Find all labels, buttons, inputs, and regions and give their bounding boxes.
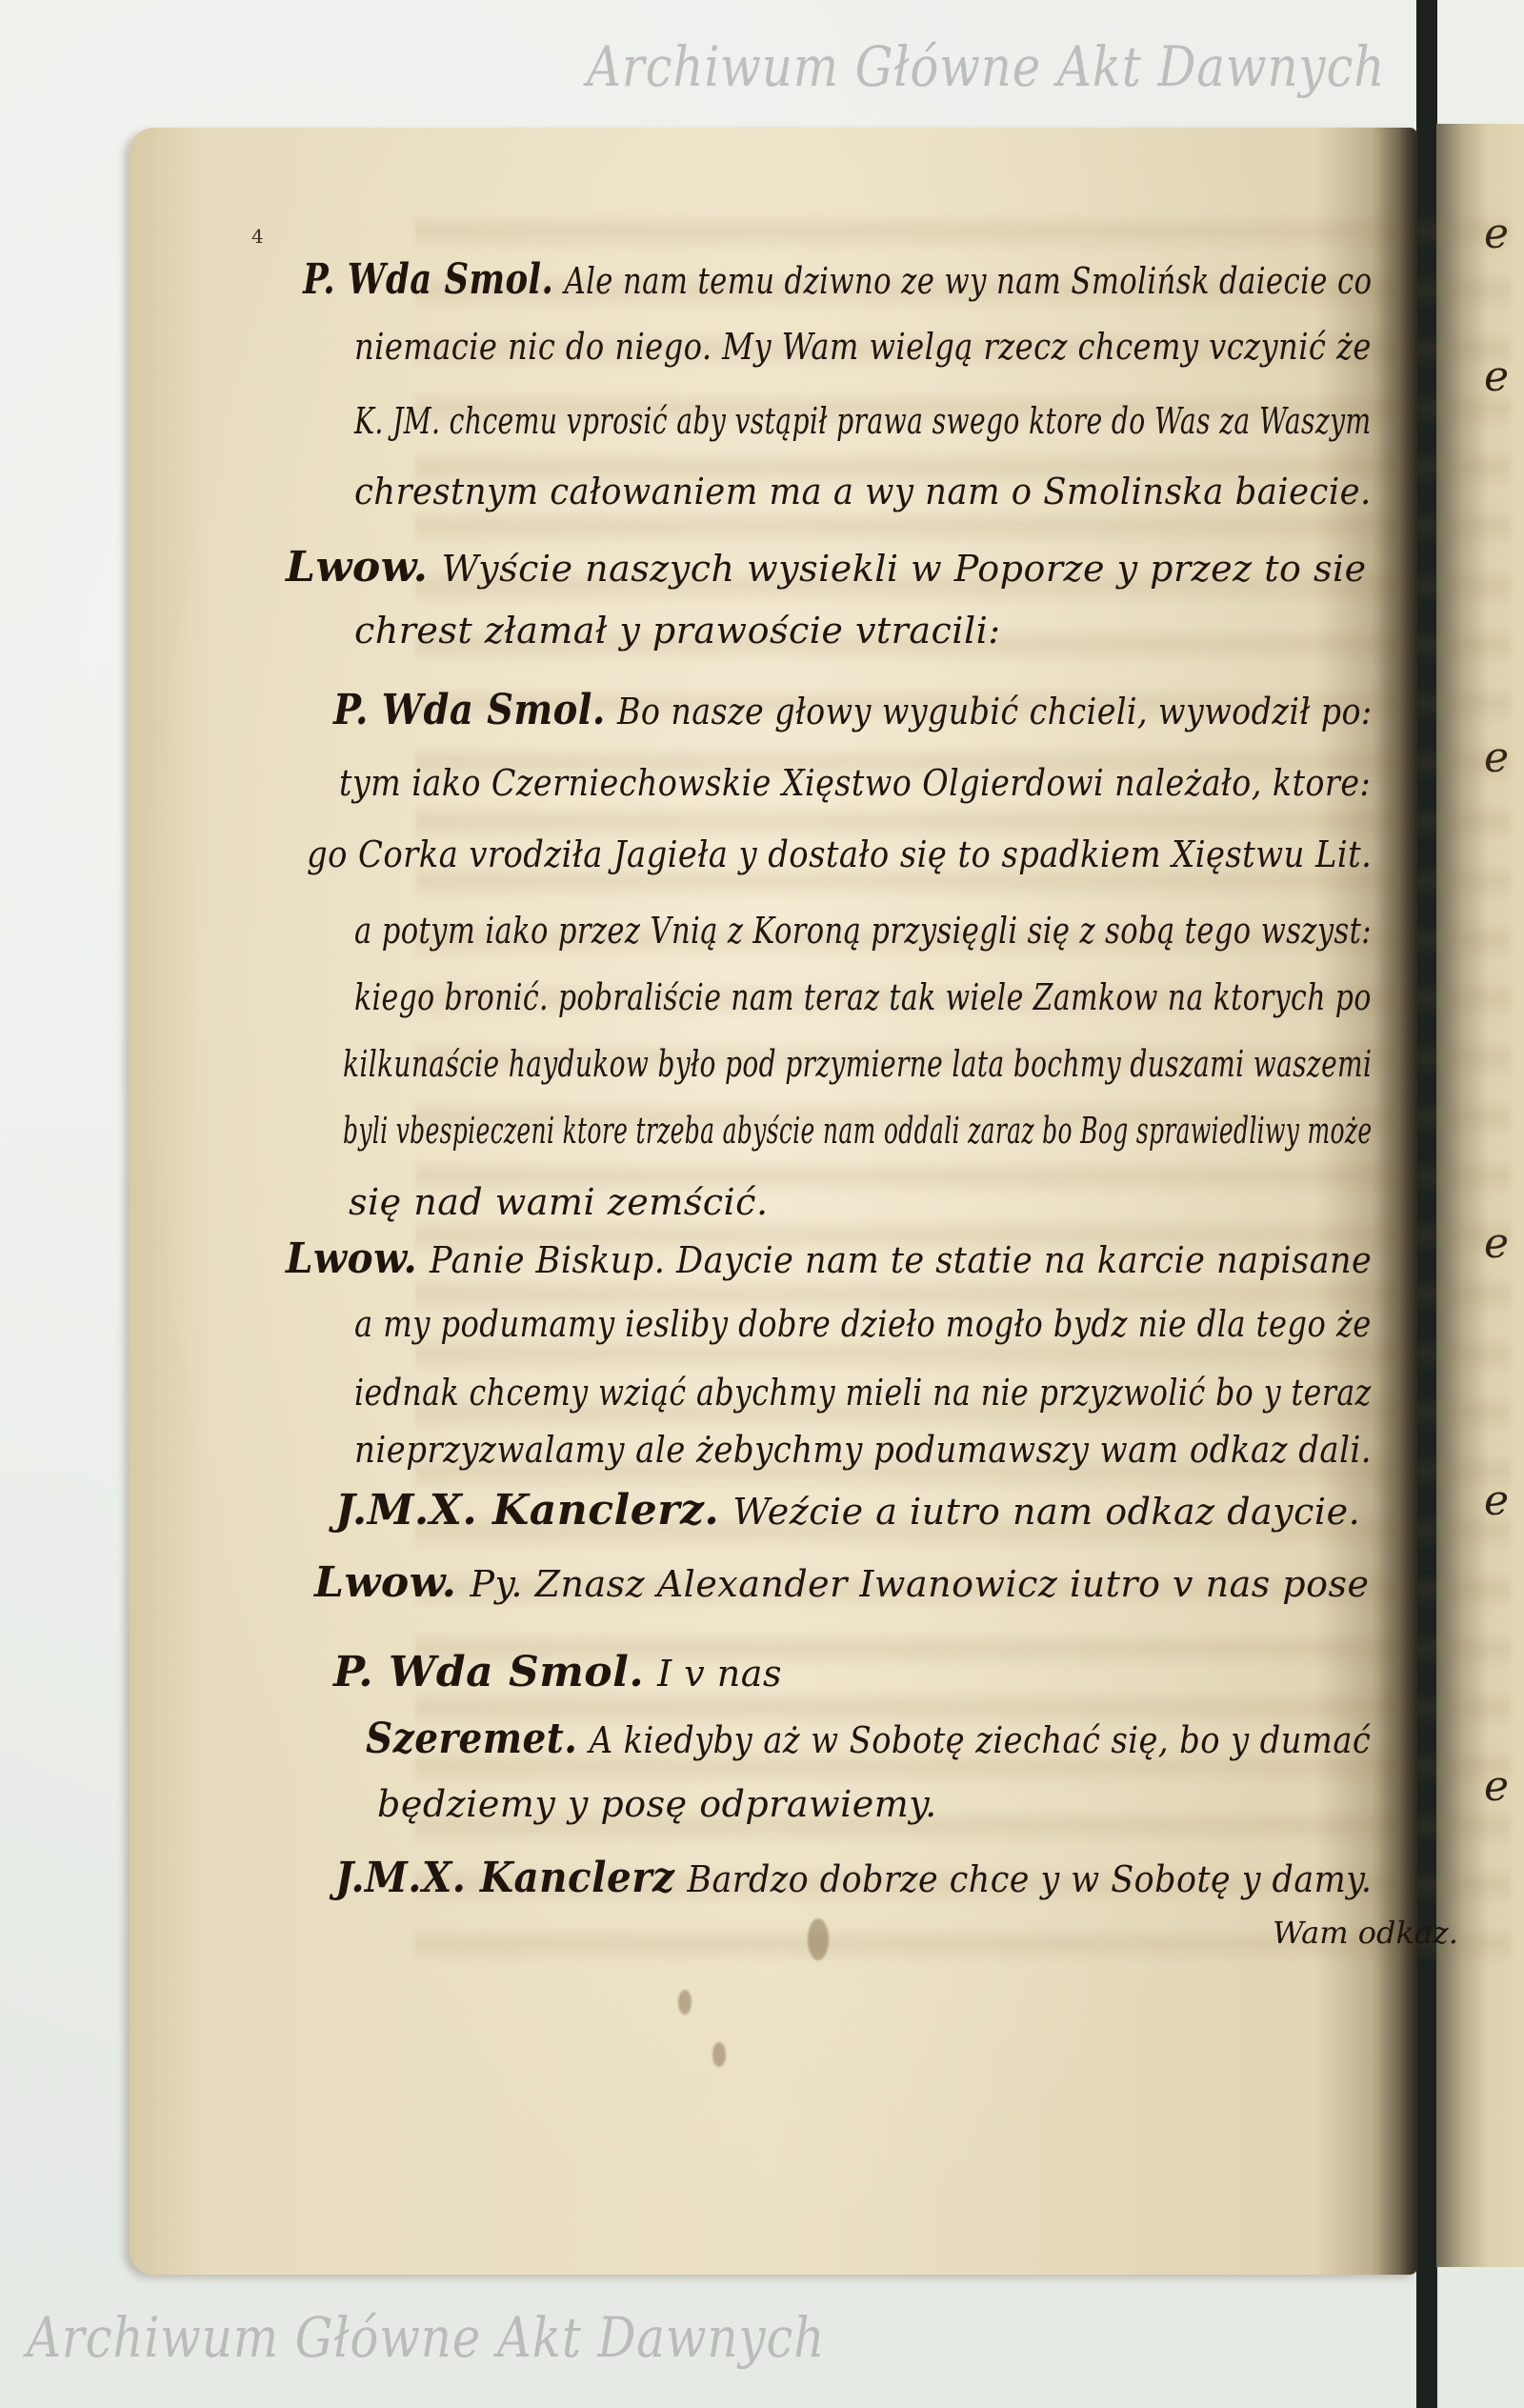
manuscript-line: tym iako Czerniechowskie Xięstwo Olgierd… xyxy=(339,762,1371,804)
line-text: K. JM. chcemu vprosić aby vstąpił prawa … xyxy=(354,400,1372,442)
speaker-label: Szeremet. xyxy=(366,1715,577,1763)
manuscript-line: J.M.X. KanclerzBardzo dobrze chce y w So… xyxy=(335,1854,1372,1902)
manuscript-line: byli vbespieczeni ktore trzeba abyście n… xyxy=(343,1110,1373,1152)
line-text: będziemy y posę odprawiemy. xyxy=(377,1783,937,1825)
speaker-label: P. Wda Smol. xyxy=(303,255,553,304)
manuscript-line: niemacie nic do niego. My Wam wielgą rze… xyxy=(354,326,1372,368)
line-text: byli vbespieczeni ktore trzeba abyście n… xyxy=(343,1110,1373,1152)
line-text: Bardzo dobrze chce y w Sobotę y damy. xyxy=(687,1858,1372,1900)
speaker-label: Lwow. xyxy=(286,1234,417,1283)
manuscript-line: P. Wda Smol.I v nas xyxy=(333,1648,782,1696)
line-text: a my podumamy iesliby dobre dzieło mogło… xyxy=(354,1303,1372,1345)
manuscript-line: go Corka vrodziła Jagieła y dostało się … xyxy=(307,833,1372,875)
speaker-label: J.M.X. Kanclerz. xyxy=(335,1486,719,1535)
manuscript-line: a potym iako przez Vnią z Koroną przysię… xyxy=(354,910,1372,952)
manuscript-line: Lwow.Panie Biskup. Daycie nam te statie … xyxy=(286,1234,1372,1283)
line-text: tym iako Czerniechowskie Xięstwo Olgierd… xyxy=(339,762,1371,804)
line-text: iednak chcemy wziąć abychmy mieli na nie… xyxy=(354,1372,1372,1414)
manuscript-line: Szeremet.A kiedyby aż w Sobotę ziechać s… xyxy=(366,1715,1371,1763)
line-text: chrest złamał y prawoście vtracili: xyxy=(354,610,1001,652)
line-text: Panie Biskup. Daycie nam te statie na ka… xyxy=(430,1239,1372,1281)
manuscript-line: Lwow.Wyście naszych wysiekli w Poporze y… xyxy=(286,543,1367,592)
manuscript-page xyxy=(130,128,1417,2275)
manuscript-line: chrestnym całowaniem ma a wy nam o Smoli… xyxy=(354,471,1372,512)
manuscript-line: Lwow.Py. Znasz Alexander Iwanowicz iutro… xyxy=(314,1558,1370,1607)
manuscript-line: się nad wami zemścić. xyxy=(349,1181,769,1223)
line-text: nieprzyzwalamy ale żebychmy podumawszy w… xyxy=(354,1429,1372,1471)
manuscript-line: kilkunaście haydukow było pod przymierne… xyxy=(343,1043,1372,1085)
closing-catchword: Wam odkaz. xyxy=(1273,1915,1458,1951)
line-text: go Corka vrodziła Jagieła y dostało się … xyxy=(307,833,1372,875)
line-text: a potym iako przez Vnią z Koroną przysię… xyxy=(354,910,1372,952)
archive-watermark-top: Archiwum Główne Akt Dawnych xyxy=(587,34,1385,99)
gutter-shadow xyxy=(1372,128,1417,2275)
line-text: I v nas xyxy=(657,1653,782,1695)
manuscript-line: chrest złamał y prawoście vtracili: xyxy=(354,610,1001,652)
line-text: kiego bronić. pobraliście nam teraz tak … xyxy=(354,976,1372,1018)
manuscript-line: nieprzyzwalamy ale żebychmy podumawszy w… xyxy=(354,1429,1372,1471)
speaker-label: Lwow. xyxy=(314,1558,456,1607)
line-text: chrestnym całowaniem ma a wy nam o Smoli… xyxy=(354,471,1372,512)
manuscript-line: P. Wda Smol.Bo nasze głowy wygubić chcie… xyxy=(333,686,1373,734)
speaker-label: Lwow. xyxy=(286,543,428,592)
speaker-label: P. Wda Smol. xyxy=(333,1648,644,1696)
line-text: niemacie nic do niego. My Wam wielgą rze… xyxy=(354,326,1372,368)
line-text: Wyście naszych wysiekli w Poporze y prze… xyxy=(441,548,1366,590)
archive-watermark-bottom: Archiwum Główne Akt Dawnych xyxy=(27,2305,825,2370)
manuscript-line: iednak chcemy wziąć abychmy mieli na nie… xyxy=(354,1372,1372,1414)
manuscript-line: P. Wda Smol.Ale nam temu dziwno ze wy na… xyxy=(303,255,1372,304)
line-text: Bo nasze głowy wygubić chcieli, wywodził… xyxy=(617,691,1373,732)
folio-mark: 4 xyxy=(251,225,264,248)
speaker-label: P. Wda Smol. xyxy=(333,686,606,734)
line-text: Weźcie a iutro nam odkaz daycie. xyxy=(732,1491,1360,1533)
manuscript-line: kiego bronić. pobraliście nam teraz tak … xyxy=(354,976,1372,1018)
line-text: Ale nam temu dziwno ze wy nam Smolińsk d… xyxy=(565,260,1373,302)
manuscript-line: będziemy y posę odprawiemy. xyxy=(377,1783,937,1825)
manuscript-line: a my podumamy iesliby dobre dzieło mogło… xyxy=(354,1303,1372,1345)
paper-stain xyxy=(808,1918,829,1960)
line-text: Py. Znasz Alexander Iwanowicz iutro v na… xyxy=(470,1563,1369,1605)
line-text: A kiedyby aż w Sobotę ziechać się, bo y … xyxy=(590,1719,1371,1761)
line-text: się nad wami zemścić. xyxy=(349,1181,769,1223)
manuscript-line: J.M.X. Kanclerz.Weźcie a iutro nam odkaz… xyxy=(335,1486,1360,1535)
speaker-label: J.M.X. Kanclerz xyxy=(335,1854,674,1902)
line-text: kilkunaście haydukow było pod przymierne… xyxy=(343,1043,1372,1085)
manuscript-line: K. JM. chcemu vprosić aby vstąpił prawa … xyxy=(354,400,1372,442)
paper-stain xyxy=(712,2042,726,2067)
paper-stain xyxy=(678,1990,692,2015)
